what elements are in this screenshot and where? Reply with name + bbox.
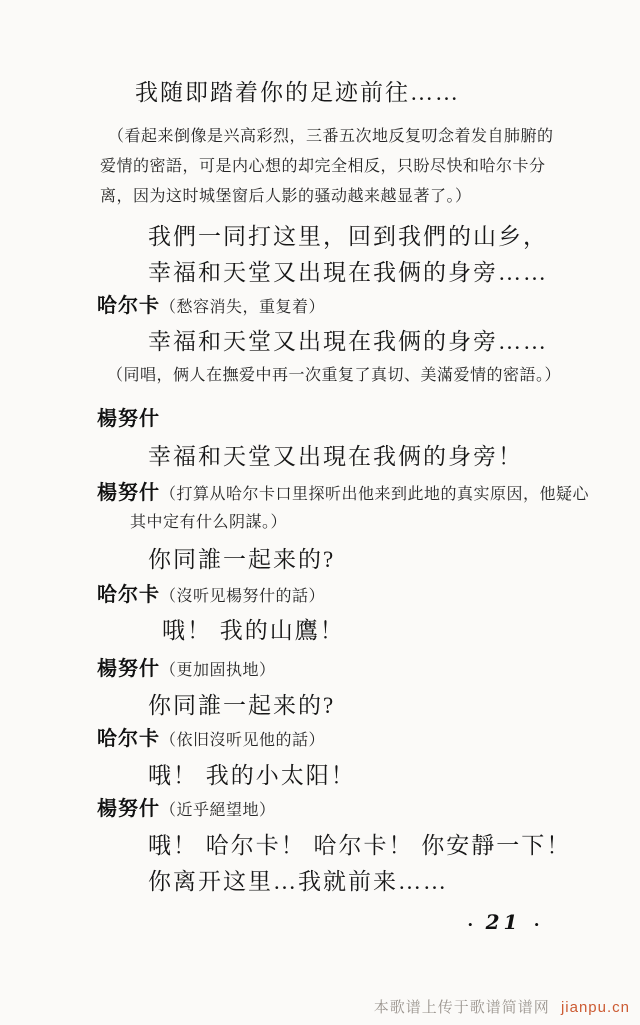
speaker-line: 哈尔卡（沒听见楊努什的話） [97,578,325,607]
speaker-name: 楊努什 [97,798,160,820]
page-number: • 21 • [468,910,539,934]
speaker-stage-note: （依旧沒听见他的話） [160,732,325,749]
speaker-stage-note: （更加固执地） [160,662,276,679]
speaker-line-first-row: 楊努什（打算从哈尔卡口里探听出他来到此地的真实原因，他疑心 [97,479,589,509]
speaker-name: 哈尔卡 [97,728,160,750]
lyric-line: 哦！ 我的山鷹！ [162,612,345,645]
lyric-line: 幸福和天堂又出現在我俩的身旁…… [148,323,548,356]
lyric-line: 幸福和天堂又出現在我俩的身旁…… [148,254,548,287]
lyric-line: 幸福和天堂又出現在我俩的身旁！ [148,438,523,471]
speaker-line: 哈尔卡（依旧沒听见他的話） [97,722,325,751]
speaker-name: 哈尔卡 [97,295,160,317]
lyric-line: 我随即踏着你的足迹前往…… [135,74,460,107]
stage-direction: （看起来倒像是兴高彩烈，三番五次地反复叨念着发自肺腑的 爱情的密語，可是内心想的… [100,122,554,212]
stage-direction-row: 离，因为这时城堡窗后人影的骚动越来越显著了。） [100,182,554,212]
speaker-stage-note: （沒听见楊努什的話） [160,588,325,605]
page-number-value: 21 [486,910,522,934]
speaker-line: 楊努什（近乎絕望地） [97,792,276,821]
speaker-line: 楊努什 [97,402,160,431]
page-number-right-dot: • [534,918,539,931]
watermark-site-name: jianpu.cn [561,999,630,1016]
speaker-stage-note: （打算从哈尔卡口里探听出他来到此地的真实原因，他疑心 [160,486,589,503]
stage-direction-row: 爱情的密語，可是内心想的却完全相反，只盼尽快和哈尔卡分 [100,152,554,182]
lyric-line: 你同誰一起来的? [148,687,335,720]
stage-direction-row: （看起来倒像是兴高彩烈，三番五次地反复叨念着发自肺腑的 [100,122,554,152]
watermark: 本歌谱上传于歌谱简谱网 jianpu.cn [374,996,630,1017]
lyric-line: 哦！ 我的小太阳！ [148,757,356,790]
speaker-name: 楊努什 [97,482,160,504]
speaker-line: 楊努什（打算从哈尔卡口里探听出他来到此地的真实原因，他疑心 其中定有什么阴謀。） [97,479,589,537]
speaker-stage-note: （愁容消失，重复着） [160,299,325,316]
speaker-stage-note-continuation: 其中定有什么阴謀。） [130,509,589,537]
lyric-line: 你离开这里…我就前来…… [148,863,448,896]
lyric-line: 你同誰一起来的? [148,541,335,574]
speaker-name: 楊努什 [97,408,160,430]
watermark-text: 本歌谱上传于歌谱简谱网 [374,999,550,1016]
stage-direction: （同唱，俩人在撫爱中再一次重复了真切、美滿爱情的密語。） [107,362,561,385]
speaker-line: 楊努什（更加固执地） [97,652,276,681]
speaker-line: 哈尔卡（愁容消失，重复着） [97,289,325,318]
speaker-name: 哈尔卡 [97,584,160,606]
scanned-script-page: 我随即踏着你的足迹前往…… （看起来倒像是兴高彩烈，三番五次地反复叨念着发自肺腑… [0,0,640,1025]
lyric-line: 哦！ 哈尔卡！ 哈尔卡！ 你安靜一下！ [148,827,571,860]
lyric-line: 我們一同打这里，回到我們的山乡， [148,218,548,251]
page-number-left-dot: • [468,918,473,931]
speaker-stage-note: （近乎絕望地） [160,802,276,819]
speaker-name: 楊努什 [97,658,160,680]
